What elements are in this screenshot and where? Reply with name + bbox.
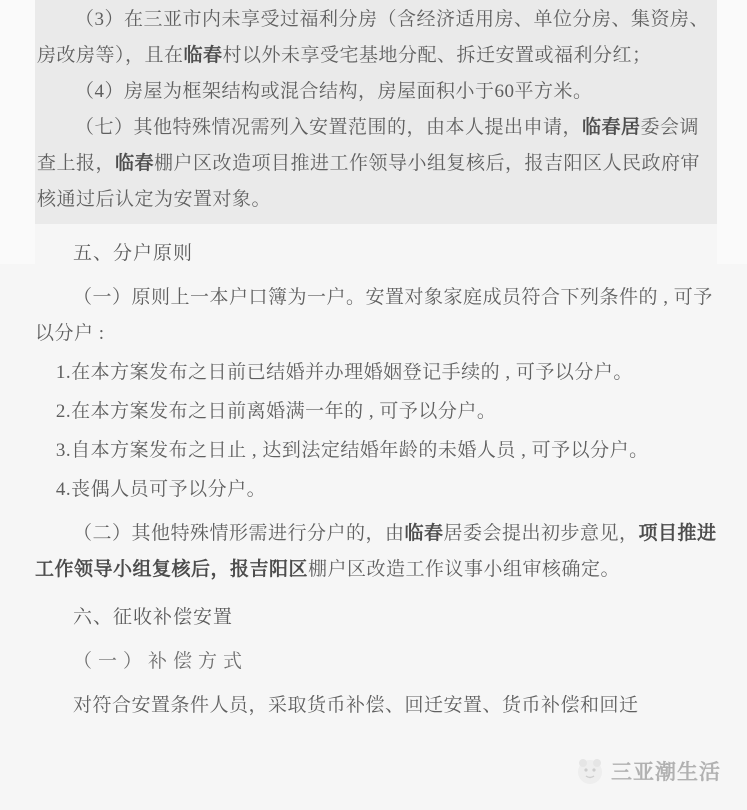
list-item-3: 3.自本方案发布之日止 , 达到法定结婚年龄的未婚人员 , 可予以分户。 — [35, 433, 717, 469]
paragraph-compensation-options: 对符合安置条件人员，采取货币补偿、回迁安置、货币补偿和回迁 — [35, 688, 717, 724]
paragraph-special-household: （二）其他特殊情形需进行分户的，由临春居委会提出初步意见，项目推进工作领导小组复… — [35, 516, 717, 588]
highlighted-section: （3）在三亚市内未享受过福利分房（含经济适用房、单位分房、集资房、房改房等），且… — [35, 0, 717, 224]
text-segment: （一）原则上一本户口簿为一户。安置对象家庭成员符合下列条件的 , 可予以分户 : — [35, 287, 713, 344]
section-heading-six: 六、征收补偿安置 — [35, 600, 717, 636]
paragraph-household-rule: （一）原则上一本户口簿为一户。安置对象家庭成员符合下列条件的 , 可予以分户 : — [35, 280, 717, 352]
text-segment: 对符合安置条件人员，采取货币补偿、回迁安置、货币补偿和回迁 — [73, 695, 639, 716]
text-segment: （七）其他特殊情况需列入安置范围的，由本人提出申请， — [75, 117, 582, 138]
article-page: （3）在三亚市内未享受过福利分房（含经济适用房、单位分房、集资房、房改房等），且… — [0, 0, 747, 724]
watermark-label: 三亚潮生活 — [611, 756, 721, 786]
paragraph-special-cases: （七）其他特殊情况需列入安置范围的，由本人提出申请，临春居委会调查上报，临春棚户… — [37, 110, 715, 218]
list-item-4: 4.丧偶人员可予以分户。 — [35, 472, 717, 508]
page-right-margin — [717, 0, 747, 264]
text-segment: 临春 — [184, 45, 223, 66]
text-segment: 2.在本方案发布之日前离婚满一年的 , 可予以分户。 — [56, 401, 497, 422]
text-segment: 六、征收补偿安置 — [73, 607, 233, 628]
text-segment: （一）补偿方式 — [73, 651, 248, 672]
section-heading-five: 五、分户原则 — [35, 236, 717, 272]
text-segment: （4）房屋为框架结构或混合结构，房屋面积小于60平方米。 — [75, 81, 593, 102]
text-segment: 村以外未享受宅基地分配、拆迁安置或福利分红； — [223, 45, 652, 66]
text-segment: 3.自本方案发布之日止 , 达到法定结婚年龄的未婚人员 , 可予以分户。 — [56, 440, 649, 461]
watermark: 三亚潮生活 — [575, 756, 721, 786]
text-segment: 棚户区改造工作议事小组审核确定。 — [308, 559, 620, 580]
text-segment: 临春 — [115, 153, 154, 174]
text-segment: 五、分户原则 — [73, 243, 193, 264]
list-item-2: 2.在本方案发布之日前离婚满一年的 , 可予以分户。 — [35, 394, 717, 430]
sanya-life-logo-icon — [575, 756, 605, 786]
text-segment: 临春 — [405, 523, 444, 544]
text-segment: 居委会提出初步意见， — [444, 523, 639, 544]
paragraph-welfare-housing: （3）在三亚市内未享受过福利分房（含经济适用房、单位分房、集资房、房改房等），且… — [37, 2, 715, 74]
subsection-compensation-method: （一）补偿方式 — [35, 644, 717, 680]
text-segment: 4.丧偶人员可予以分户。 — [56, 479, 266, 500]
text-segment: （二）其他特殊情形需进行分户的，由 — [73, 523, 405, 544]
paragraph-house-structure: （4）房屋为框架结构或混合结构，房屋面积小于60平方米。 — [37, 74, 715, 110]
text-segment: 1.在本方案发布之日前已结婚并办理婚姻登记手续的 , 可予以分户。 — [56, 362, 633, 383]
list-item-1: 1.在本方案发布之日前已结婚并办理婚姻登记手续的 , 可予以分户。 — [35, 355, 717, 391]
text-segment: 临春居 — [582, 117, 641, 138]
page-left-margin — [0, 0, 35, 264]
